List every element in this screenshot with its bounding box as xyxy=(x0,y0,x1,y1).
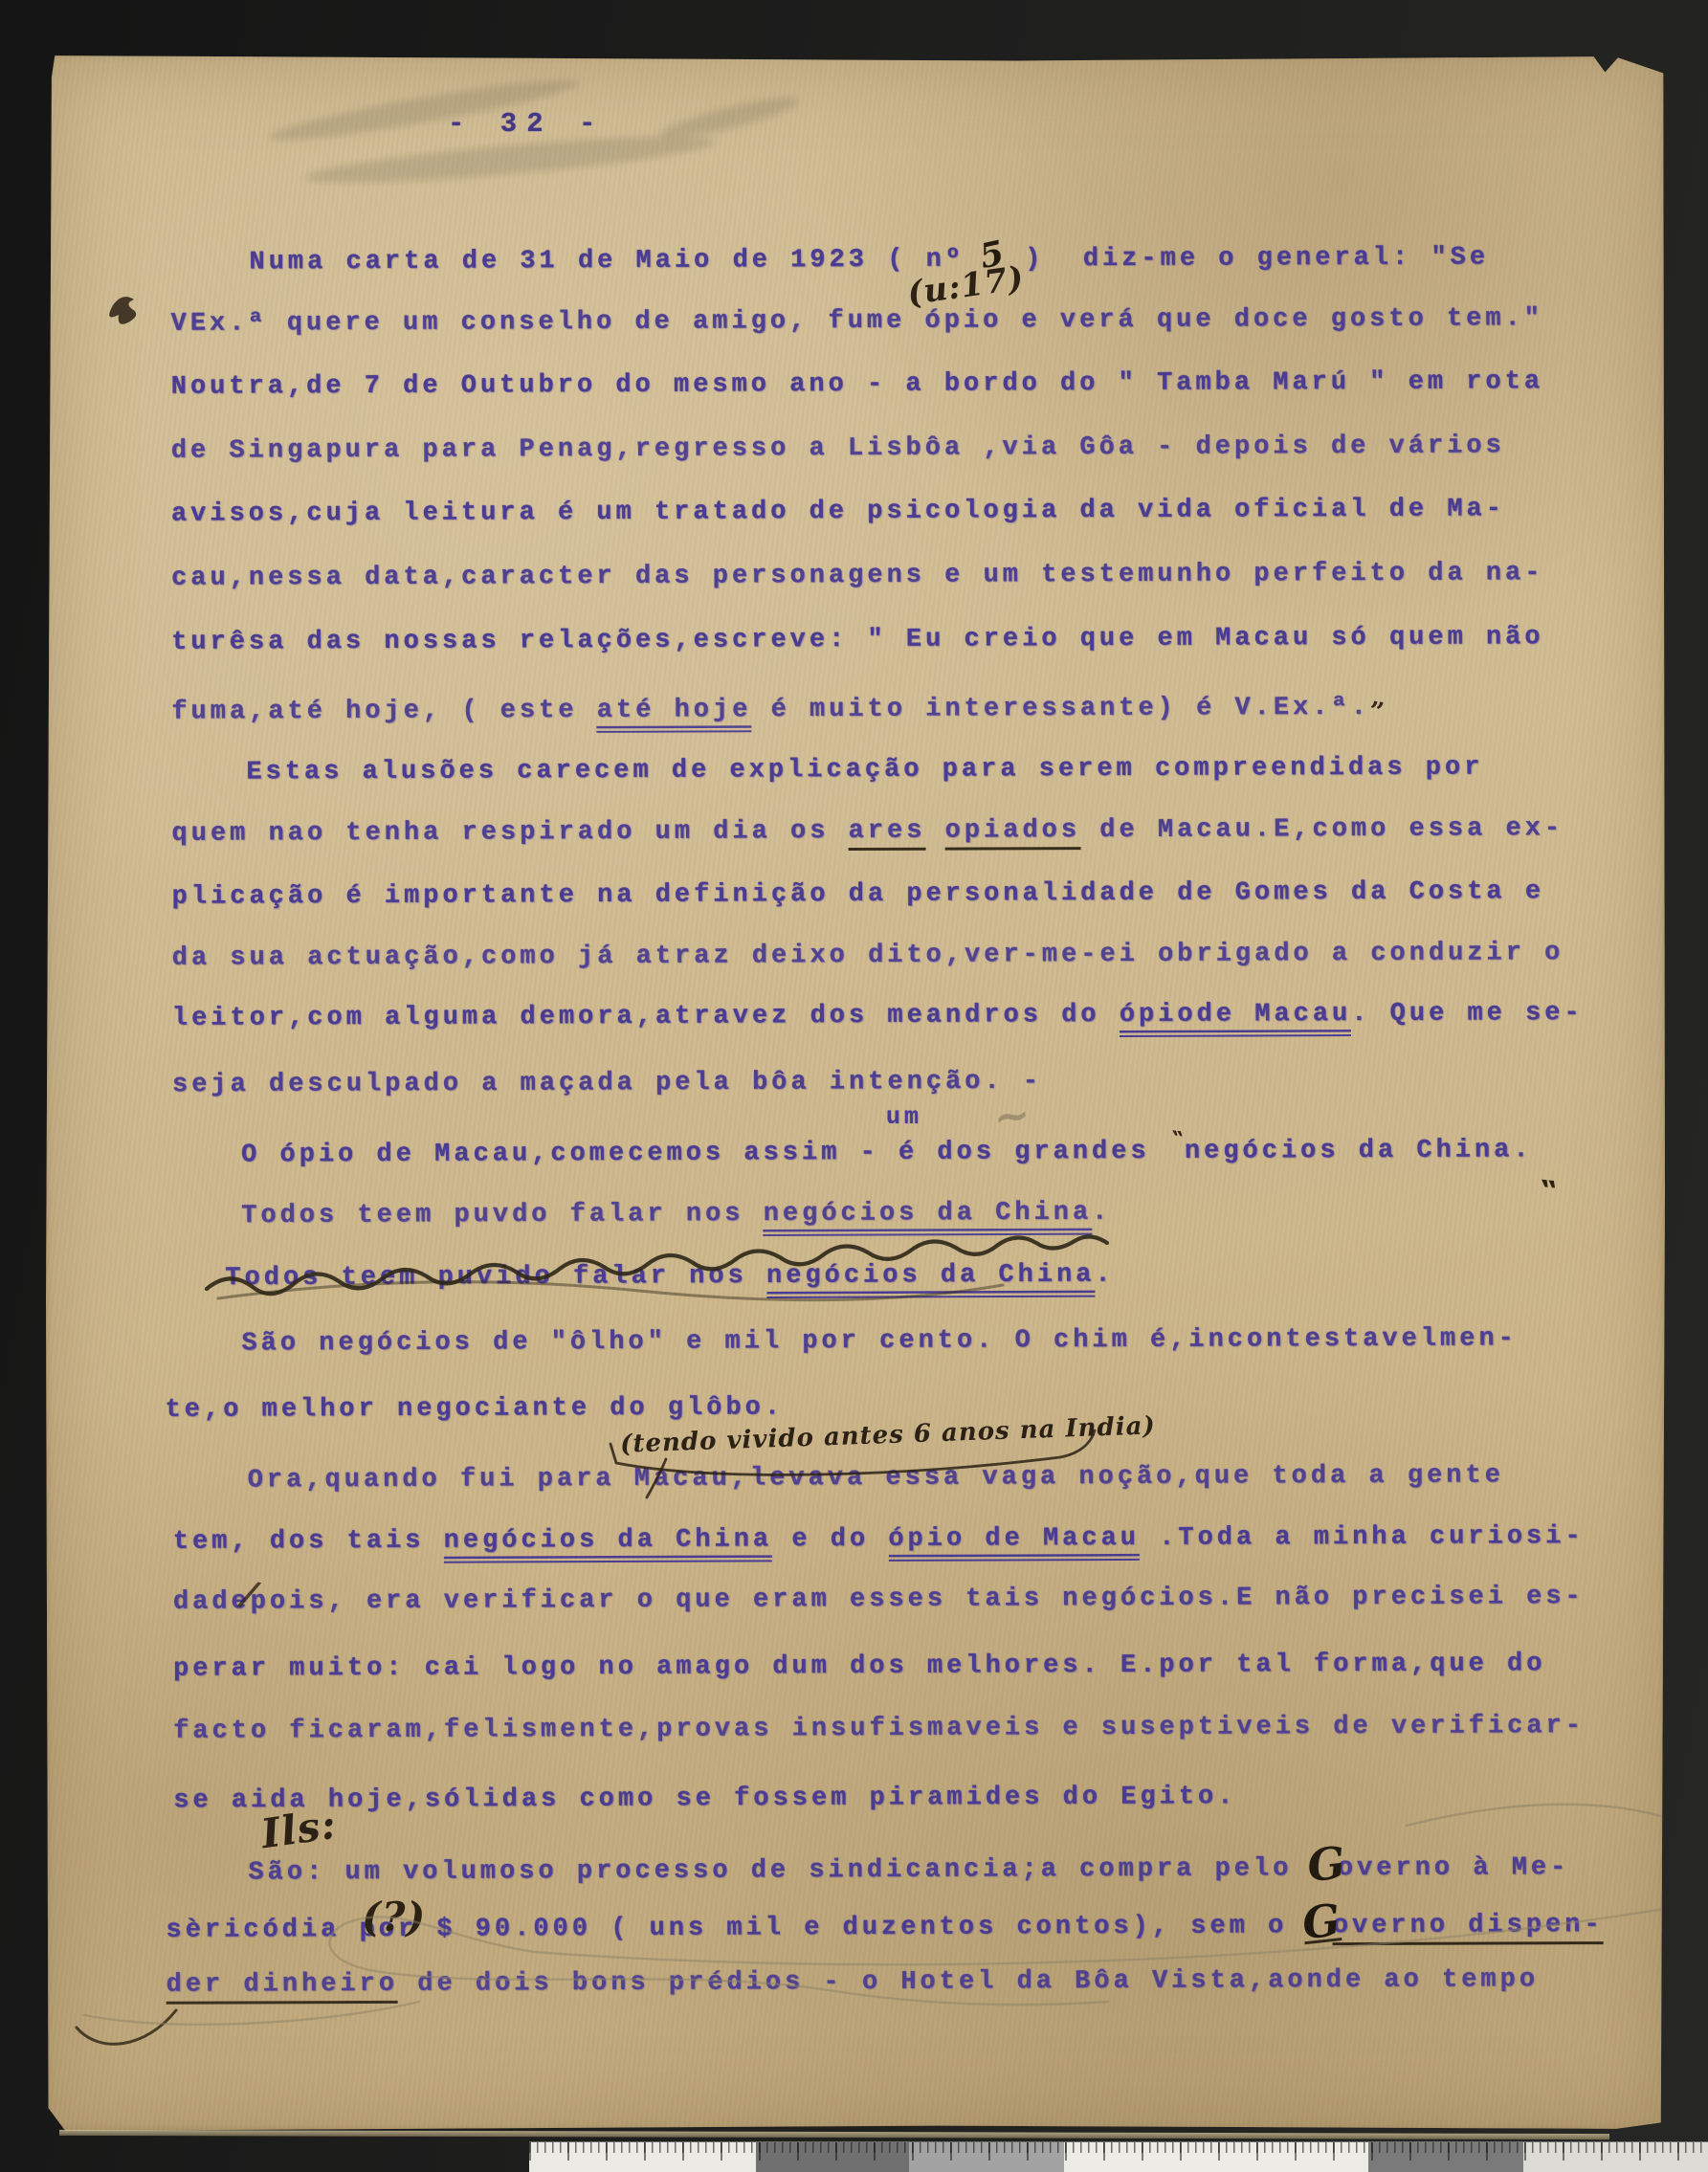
typed-line-20: Ora,quando fui para Macau,levava essa va… xyxy=(248,1460,1504,1496)
typed-segment: Estas alusões carecem de explicação para… xyxy=(246,754,1483,787)
typed-line-6: cau,nessa data,caracter das personagens … xyxy=(171,558,1544,595)
typed-segment: VEx.ª quere um conselho de amigo, fume ó… xyxy=(171,304,1543,339)
typed-line-2: VEx.ª quere um conselho de amigo, fume ó… xyxy=(171,303,1544,341)
typed-segment: Numa carta de 31 de Maio de 1923 ( nº xyxy=(249,246,984,277)
typed-segment: der dinheiro xyxy=(166,1970,399,2005)
typed-segment: negócios da China xyxy=(764,1199,1093,1236)
typed-segment xyxy=(925,817,944,846)
insert-question: (?) xyxy=(362,1894,426,1940)
typed-line-26: São: um volumoso processo de sindicancia… xyxy=(248,1843,1569,1889)
typed-segment: tem, dos tais xyxy=(173,1527,444,1557)
typed-line-22: dadepois, era verificar o que eram esses… xyxy=(173,1582,1585,1619)
typed-line-28: der dinheiro de dois bons prédios - o Ho… xyxy=(166,1964,1540,2002)
typed-segment: negócios da China xyxy=(444,1525,773,1563)
typed-segment: é muito interessante) é V.Ex.ª. xyxy=(751,694,1370,724)
typed-line-3: Noutra,de 7 de Outubro do mesmo ano - a … xyxy=(171,366,1544,404)
typed-segment: ) diz-me o general: "Se xyxy=(1006,243,1489,274)
typed-line-17: Todos teem puvido falar nos negócios da … xyxy=(225,1260,1114,1296)
typed-segment: negócios da China xyxy=(766,1261,1096,1298)
typed-segment: perar muito: cai logo no amago dum dos m… xyxy=(173,1650,1545,1684)
photographic-scale-ruler xyxy=(529,2141,1708,2172)
ruler-ticks xyxy=(529,2142,1708,2172)
document-page: - 32 - Numa carta de 31 de Maio de 1923 … xyxy=(46,55,1665,2131)
typed-segment: O ópio de Macau,comecemos assim - é dos … xyxy=(241,1138,1169,1170)
typed-line-19: te,o melhor negociante do glôbo. xyxy=(166,1392,785,1426)
typed-line-12: da sua actuação,como já atraz deixo dito… xyxy=(172,938,1564,975)
typed-segment: opiados xyxy=(945,816,1081,851)
typed-segment: quem nao tenha respirado um dia os xyxy=(171,817,848,849)
typed-line-10: quem nao tenha respirado um dia os ares … xyxy=(171,813,1564,851)
typed-segment: ares xyxy=(849,817,926,851)
paper-bottom-edge xyxy=(59,2130,1609,2139)
typed-segment: cau,nessa data,caracter das personagens … xyxy=(171,559,1543,593)
typed-segment: negócios da China. xyxy=(1185,1136,1533,1165)
typed-segment: da sua actuação,como já atraz deixo dito… xyxy=(172,939,1564,973)
typed-line-11: plicação é importante na definição da pe… xyxy=(172,876,1545,914)
typed-segment: São negócios de "ôlho" e mil por cento. … xyxy=(241,1324,1517,1358)
typed-segment: Todos teem puvido falar nos xyxy=(225,1262,766,1293)
typed-segment: até hoje xyxy=(597,696,752,733)
typed-segment: „ xyxy=(1369,681,1392,715)
typed-line-1: Numa carta de 31 de Maio de 1923 ( nº 5 … xyxy=(249,239,1489,278)
typed-segment: ópio de Macau xyxy=(888,1524,1140,1562)
typed-segment: G xyxy=(1306,1847,1347,1882)
typed-segment: e do xyxy=(772,1525,888,1554)
typed-line-18: São negócios de "ôlho" e mil por cento. … xyxy=(241,1323,1517,1360)
typed-line-21: tem, dos tais negócios da China e do ópi… xyxy=(173,1521,1585,1559)
typed-segment: dadepois, era verificar o que eram esses… xyxy=(173,1583,1585,1617)
typed-segment: . xyxy=(1092,1199,1111,1228)
typed-segment: turêsa das nossas relações,escreve: " Eu… xyxy=(171,623,1543,657)
typed-segment: G xyxy=(1301,1904,1342,1944)
typed-line-4: de Singapura para Penag,regresso a Lisbô… xyxy=(171,431,1505,467)
typed-segment: de dois bons prédios - o Hotel da Bôa Vi… xyxy=(398,1965,1539,1999)
insert-um: um xyxy=(886,1103,922,1131)
typed-line-24: facto ficaram,felismente,provas insufism… xyxy=(173,1711,1585,1748)
typed-segment: Ora,quando fui para Macau,levava essa va… xyxy=(248,1461,1504,1495)
typed-segment: São: um volumoso processo de sindicancia… xyxy=(248,1854,1311,1887)
typed-segment: te,o melhor negociante do glôbo. xyxy=(166,1393,785,1424)
pencil-swash: ~ xyxy=(989,1088,1033,1144)
typed-segment: avisos,cuja leitura é um tratado de psic… xyxy=(171,495,1505,528)
typed-segment: sèricódia por $ 90.000 ( uns mil e duzen… xyxy=(166,1912,1306,1945)
typed-line-9: Estas alusões carecem de explicação para… xyxy=(246,753,1483,789)
typed-segment: facto ficaram,felismente,provas insufism… xyxy=(173,1712,1585,1746)
typed-segment: ópiode Macau xyxy=(1120,1000,1352,1037)
typed-segment: Todos teem puvdo falar nos xyxy=(241,1200,764,1230)
typed-segment: . Que me se- xyxy=(1351,999,1584,1029)
typed-line-15: O ópio de Macau,comecemos assim - é dos … xyxy=(241,1132,1533,1171)
typed-segment: leitor,com alguma demora,atravez dos mea… xyxy=(172,1001,1120,1033)
typed-line-7: turêsa das nossas relações,escreve: " Eu… xyxy=(171,622,1544,659)
typed-line-16: Todos teem puvdo falar nos negócios da C… xyxy=(241,1198,1111,1232)
typed-segment: overno dispen- xyxy=(1333,1911,1604,1945)
typed-line-8: fuma,até hoje, ( este até hoje é muito i… xyxy=(171,690,1388,729)
typed-segment: . xyxy=(1095,1261,1114,1290)
typed-line-5: avisos,cuja leitura é um tratado de psic… xyxy=(171,494,1505,530)
typed-segment: .Toda a minha curiosi- xyxy=(1140,1522,1585,1553)
typed-segment: de Singapura para Penag,regresso a Lisbô… xyxy=(171,432,1505,465)
typed-segment: overno à Me- xyxy=(1338,1853,1570,1883)
typed-line-13: leitor,com alguma demora,atravez dos mea… xyxy=(172,998,1584,1035)
typed-segment: plicação é importante na definição da pe… xyxy=(172,877,1544,912)
typed-segment: de Macau.E,como essa ex- xyxy=(1080,814,1564,845)
typed-segment: Noutra,de 7 de Outubro do mesmo ano - a … xyxy=(171,367,1543,402)
typed-segment: seja desculpado a maçada pela bôa intenç… xyxy=(172,1068,1042,1099)
typed-line-14: seja desculpado a maçada pela bôa intenç… xyxy=(172,1067,1042,1101)
typed-line-23: perar muito: cai logo no amago dum dos m… xyxy=(173,1649,1546,1686)
typed-segment: fuma,até hoje, ( este xyxy=(171,697,597,727)
